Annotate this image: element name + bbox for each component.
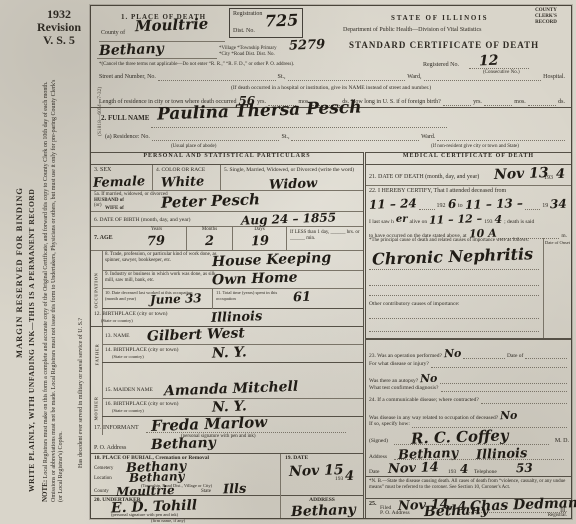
to-label: to — [458, 203, 463, 210]
revision-label: 1932 Revision V. S. 5 — [26, 8, 92, 47]
burial-date-cell: 19. DATE Nov 15 193 4 — [281, 454, 363, 496]
onset-label: Date of Onset — [544, 238, 571, 246]
margin-note-text: Local Registrars must make on this form … — [43, 80, 64, 502]
age-years-label: Years — [127, 227, 186, 233]
physician-address-label: Address — [369, 454, 387, 461]
informant-cell: 17. INFORMANT Freda Marlow (personal sig… — [91, 417, 363, 441]
margin-binding-text: MARGIN RESERVED FOR BINDING — [14, 187, 24, 358]
district-number-value: 5279 — [289, 38, 326, 52]
alive-on-label: alive on — [410, 219, 428, 226]
age-days-value: 19 — [251, 235, 270, 249]
marital-label: 5. Single, Married, Widowed, or Divorced… — [221, 165, 363, 174]
foreign-yrs-label: yrs. — [473, 99, 482, 106]
hospital-note: (If death occurred in a hospital or inst… — [231, 85, 431, 92]
physician-date-row: Date Nov 14 193 4 Telephone 53 — [366, 462, 571, 477]
disease-injury-row: For what disease or injury? — [369, 361, 567, 368]
father-name-cell: 13. NAME Gilbert West — [102, 327, 363, 345]
residence-st-label: St., — [281, 134, 289, 141]
undertaker-address-value: Bethany — [291, 503, 356, 519]
or-label: (or) — [94, 203, 102, 209]
certificate-form: (S1818—60M—7-32) 1. PLACE OF DEATH Regis… — [90, 5, 572, 519]
physician-date-value: Nov 14 — [388, 461, 439, 476]
registrar-po-value: Bethany — [424, 503, 489, 519]
saw-year-printed: 193 — [484, 219, 492, 226]
last-saw-gender: er — [396, 215, 408, 225]
certify-label: 22. I HEREBY CERTIFY, That I attended de… — [366, 186, 571, 195]
attended-to-value: 11 – 13 – — [464, 197, 522, 211]
saw-year-value: 4 — [494, 214, 502, 225]
age-years-cell: Years 79 — [127, 227, 187, 251]
ward-label: Ward, — [407, 74, 421, 81]
city-value: Bethany — [99, 42, 164, 58]
sex-value: Female — [93, 175, 146, 190]
foreign-yrs-blank — [443, 104, 471, 106]
city-line — [97, 58, 217, 59]
foreign-birth-label: How long in U. S. if of foreign birth? — [351, 99, 441, 106]
burial-year-printed: 193 — [335, 476, 343, 483]
burial-state-label: State — [201, 489, 211, 495]
operation-value: No — [444, 348, 462, 360]
street-label: Street and Number, No. — [99, 74, 156, 81]
age-days-label: Days — [233, 227, 286, 233]
physician-year-printed: 193 — [448, 469, 456, 476]
date-of-death-label: 21. DATE OF DEATH (month, day, and year) — [369, 174, 479, 181]
marital-cell: 5. Single, Married, Widowed, or Divorced… — [221, 165, 363, 191]
telephone-value: 53 — [516, 462, 533, 475]
informant-po-label: P. O. Address — [94, 445, 126, 452]
undertaker-address-cell: ADDRESS Bethany — [281, 496, 363, 518]
clerk-line3: RECORD — [524, 20, 568, 26]
autopsy-blank — [440, 382, 567, 384]
test-label: What test confirmed diagnosis? — [369, 385, 439, 392]
specify-label: If so, specify how: — [369, 421, 410, 428]
test-row: What test confirmed diagnosis? — [369, 385, 567, 392]
age-months-value: 2 — [205, 235, 214, 248]
full-name-value: Paulina Thersa Pesch — [157, 99, 362, 123]
burial-date-label: 19. DATE — [281, 454, 363, 462]
cause-value: Chronic Nephritis — [372, 246, 534, 268]
date-of-death-year-value: 4 — [556, 168, 565, 181]
informant-po-value: Bethany — [151, 436, 216, 452]
registrar-po-state: Ill. — [560, 508, 567, 515]
last-worked-cell: 10. Date deceased last worked at this oc… — [102, 289, 363, 309]
specify-row: If so, specify how: — [369, 421, 567, 428]
communicable-blank — [481, 402, 567, 404]
undertaker-block: 20. UNDERTAKER E. D. Tohill (personal si… — [91, 496, 363, 518]
location-value: Bethany — [129, 470, 185, 484]
undertaker-left: 20. UNDERTAKER E. D. Tohill (personal si… — [91, 496, 281, 518]
filed-number: 25. — [369, 501, 377, 508]
burial-county-label: County — [94, 489, 109, 495]
margin-permanent-record-text: WRITE PLAINLY, WITH UNFADING INK—THIS IS… — [27, 189, 36, 492]
age-less-label: If LESS than 1 day, ______ hrs. or _____… — [290, 230, 360, 242]
burial-left: 18. PLACE OF BURIAL, Cremation or Remova… — [91, 454, 281, 496]
contributory-blank-line-1 — [369, 318, 539, 319]
age-label: 7. AGE — [94, 235, 113, 242]
onset-column: Date of Onset — [543, 238, 571, 338]
mother-name-label: 15. MAIDEN NAME — [105, 387, 153, 394]
sex-cell: 3. SEX Female — [91, 165, 153, 191]
to-blank — [525, 208, 541, 210]
industry-value: Own Home — [212, 271, 298, 288]
certify-block: 22. I HEREBY CERTIFY, That I attended de… — [366, 186, 571, 249]
spouse-value: Peter Pesch — [161, 192, 260, 210]
registered-no-value: 12 — [479, 54, 499, 69]
personal-section: PERSONAL AND STATISTICAL PARTICULARS 3. … — [91, 152, 363, 518]
telephone-label: Telephone — [474, 469, 497, 476]
death-said-label: ; death is said — [504, 219, 534, 226]
registration-label: Registration — [233, 11, 262, 18]
residence-st-blank — [291, 139, 419, 141]
age-days-cell: Days 19 — [233, 227, 287, 251]
registrar-po-label: P. O. Address — [380, 510, 410, 517]
date-of-death-value: Nov 13 — [494, 166, 549, 182]
informant-label: 17. INFORMANT — [94, 425, 139, 432]
age-cell: 7. AGE Years 79 Months 2 Days 19 If LESS… — [91, 227, 363, 251]
medical-section-title: MEDICAL CERTIFICATE OF DEATH — [366, 152, 571, 165]
abode-note: (Usual place of abode) — [171, 144, 216, 150]
county-of-label: County of — [101, 30, 125, 37]
signed-label: (Signed) — [369, 438, 388, 445]
informant-line — [146, 432, 346, 433]
trade-value: House Keeping — [212, 251, 332, 269]
color-race-cell: 4. COLOR OR RACE White — [153, 165, 221, 191]
margin-note: NOTE: Local Registrars must make on this… — [42, 72, 66, 502]
nonresident-note: (If non-resident give city or town and S… — [431, 144, 519, 150]
dob-cell: 6. DATE OF BIRTH (month, day, and year) … — [91, 212, 363, 227]
death-certificate-document: 1932 Revision V. S. 5 MARGIN RESERVED FO… — [0, 0, 576, 524]
last-saw-row: I last saw h er alive on 11 – 12 – 193 4… — [369, 214, 567, 225]
county-value: Moultrie — [135, 17, 209, 35]
residence-abode-row: (a) Residence: No. St., Ward. — [105, 134, 565, 141]
signed-row: (Signed) R. C. Coffey M. D. — [366, 430, 571, 448]
county-clerks-record-label: COUNTY CLERK'S RECORD — [524, 8, 568, 26]
registered-no-label: Registered No. — [423, 62, 459, 69]
residence-ward-label: Ward. — [421, 134, 435, 141]
contributory-blank-line-2 — [369, 331, 539, 332]
st-label: St., — [278, 74, 286, 81]
date-of-death-year-printed: 193 — [544, 175, 553, 182]
age-months-cell: Months 2 — [187, 227, 233, 251]
ward-blank — [424, 79, 542, 81]
st-blank — [288, 79, 406, 81]
physician-year-value: 4 — [460, 463, 469, 475]
total-time-cell: 11. Total time (years) spent in this occ… — [212, 289, 363, 309]
foreign-mos-label: mos. — [514, 99, 526, 106]
foreign-ds-blank — [528, 104, 556, 106]
street-row: Street and Number, No. St., Ward, Hospit… — [99, 74, 565, 81]
last-worked-value: June 33 — [150, 292, 202, 306]
registration-district-value: 725 — [264, 12, 298, 29]
cause-line — [369, 269, 539, 270]
full-name-label: 2. FULL NAME — [101, 114, 149, 123]
cemetery-label: Cemetery — [94, 466, 113, 472]
operation-blank — [463, 357, 505, 359]
physician-date-label: Date — [369, 469, 379, 476]
contributory-label: Other contributory causes of importance: — [369, 301, 459, 308]
physician-address-row: Address Bethany Illinois — [366, 448, 571, 462]
autopsy-label: Was there an autopsy? — [369, 378, 418, 385]
state-title: STATE OF ILLINOIS — [391, 14, 488, 23]
date-of-death-cell: 21. DATE OF DEATH (month, day, and year)… — [366, 165, 571, 186]
street-blank — [158, 79, 276, 81]
dob-value: Aug 24 – 1855 — [241, 211, 336, 226]
father-name-value: Gilbert West — [147, 326, 245, 343]
residence-no-blank — [152, 139, 280, 141]
dob-label: 6. DATE OF BIRTH (month, day, and year) — [94, 217, 190, 224]
last-saw-date: 11 – 12 – — [429, 213, 482, 226]
cause-blank-line-1 — [369, 285, 539, 286]
revision-vs: V. S. 5 — [26, 34, 92, 47]
department-title: Department of Public Health—Division of … — [343, 27, 482, 34]
burial-block: 18. PLACE OF BURIAL, Cremation or Remova… — [91, 454, 363, 496]
communicable-label: 24. If a communicable disease; where con… — [369, 397, 479, 404]
from-blank — [419, 208, 435, 210]
last-saw-label: I last saw h — [369, 219, 394, 226]
foreign-ds-label: ds. — [558, 99, 565, 106]
operation-label: 23. Was an operation performed? — [369, 353, 442, 360]
operation-row: 23. Was an operation performed? No Date … — [369, 348, 567, 359]
attended-from-value: 11 – 24 — [369, 197, 417, 211]
birthplace-cell: 12. BIRTHPLACE (city or town) (State or … — [91, 309, 363, 327]
terms-line2: *City *Road Dist. Dist. No. — [219, 52, 289, 58]
disease-injury-blank — [431, 366, 567, 368]
dist-no-label: Dist. No. — [233, 28, 255, 35]
signed-line — [394, 444, 549, 445]
related-occupation-row: Was disease in any way related to occupa… — [369, 410, 567, 421]
sex-label: 3. SEX — [91, 165, 152, 174]
occupation-side-label: OCCUPATION — [94, 272, 99, 308]
spouse-cell: 5a. If married, widowed, or divorced HUS… — [91, 191, 363, 212]
cause-blank-line-2 — [369, 295, 539, 296]
location-label: Location — [94, 476, 112, 482]
margin-military-question: Has decedent ever served in military or … — [78, 318, 84, 468]
father-birthplace-value: N. Y. — [212, 345, 247, 360]
to-year-value: 34 — [550, 198, 567, 211]
from-year-printed: 192 — [437, 203, 446, 210]
mother-name-cell: 15. MAIDEN NAME Amanda Mitchell — [102, 381, 363, 399]
father-birthplace-cell: 14. BIRTHPLACE (city or town) (State or … — [102, 345, 363, 363]
trade-label: 8. Trade, profession, or particular kind… — [102, 251, 225, 264]
registration-district-box: Registration Dist. No. 725 — [229, 8, 303, 38]
full-name-line — [151, 127, 447, 128]
color-race-value: White — [161, 175, 205, 190]
age-months-label: Months — [187, 227, 232, 233]
autopsy-value: No — [420, 373, 438, 385]
communicable-row: 24. If a communicable disease; where con… — [369, 397, 567, 404]
hospital-label: Hospital. — [543, 74, 565, 81]
from-year-value: 6 — [447, 198, 456, 210]
test-blank — [441, 390, 568, 392]
to-year-printed: 19 — [542, 203, 548, 210]
burial-state-value: Ills — [223, 483, 247, 497]
principal-cause-label: *The principal cause of death and relate… — [369, 238, 537, 244]
birthplace-value: Illinois — [211, 310, 263, 325]
residence-a-label: (a) Residence: No. — [105, 134, 150, 141]
related-occupation-value: No — [500, 410, 518, 422]
personal-section-title: PERSONAL AND STATISTICAL PARTICULARS — [91, 152, 363, 165]
disease-injury-label: For what disease or injury? — [369, 361, 429, 368]
mother-birthplace-value: N. Y. — [212, 399, 247, 414]
terms-labels: *Village *Township Primary *City *Road D… — [219, 46, 289, 58]
autopsy-row: Was there an autopsy? No — [369, 373, 567, 384]
informant-po-cell: P. O. Address Bethany — [91, 441, 363, 454]
operation-date-label: Date of — [507, 353, 523, 360]
industry-cell: 9. Industry or business in which work wa… — [102, 271, 363, 289]
md-label: M. D. — [555, 438, 569, 445]
mother-name-value: Amanda Mitchell — [164, 380, 299, 399]
firm-name-note: (firm name, if any) — [151, 518, 185, 524]
father-side-label: FATHER — [94, 343, 99, 365]
foreign-mos-blank — [484, 104, 512, 106]
cancel-note: *(Cancel the three terms not applicable—… — [99, 62, 311, 68]
registrar-po-row: P. O. Address Bethany Ill. — [366, 518, 571, 524]
undertaker-signature-note: (personal signature with pen and ink) — [111, 512, 178, 518]
residence-ward-blank — [437, 139, 565, 141]
trade-cell: 8. Trade, profession, or particular kind… — [102, 251, 363, 271]
operation-date-blank — [525, 357, 567, 359]
marital-value: Widow — [269, 177, 318, 192]
total-time-label: 11. Total time (years) spent in this occ… — [213, 289, 286, 301]
color-race-label: 4. COLOR OR RACE — [153, 165, 220, 174]
certificate-title: STANDARD CERTIFICATE OF DEATH — [349, 40, 539, 50]
industry-label: 9. Industry or business in which work wa… — [102, 271, 225, 284]
father-name-label: 13. NAME — [105, 333, 129, 340]
medical-section: MEDICAL CERTIFICATE OF DEATH 21. DATE OF… — [363, 152, 571, 518]
registered-no-line — [469, 68, 529, 69]
burial-year-value: 4 — [345, 470, 354, 483]
margin-note-label: NOTE: — [41, 480, 49, 502]
attended-dates-row: 11 – 24 192 6 to 11 – 13 – 19 34 — [369, 198, 567, 210]
age-years-value: 79 — [147, 235, 166, 249]
cause-cell: Chronic Nephritis — [366, 249, 543, 275]
total-time-value: 61 — [293, 291, 312, 305]
medical-double-rule — [366, 338, 571, 340]
